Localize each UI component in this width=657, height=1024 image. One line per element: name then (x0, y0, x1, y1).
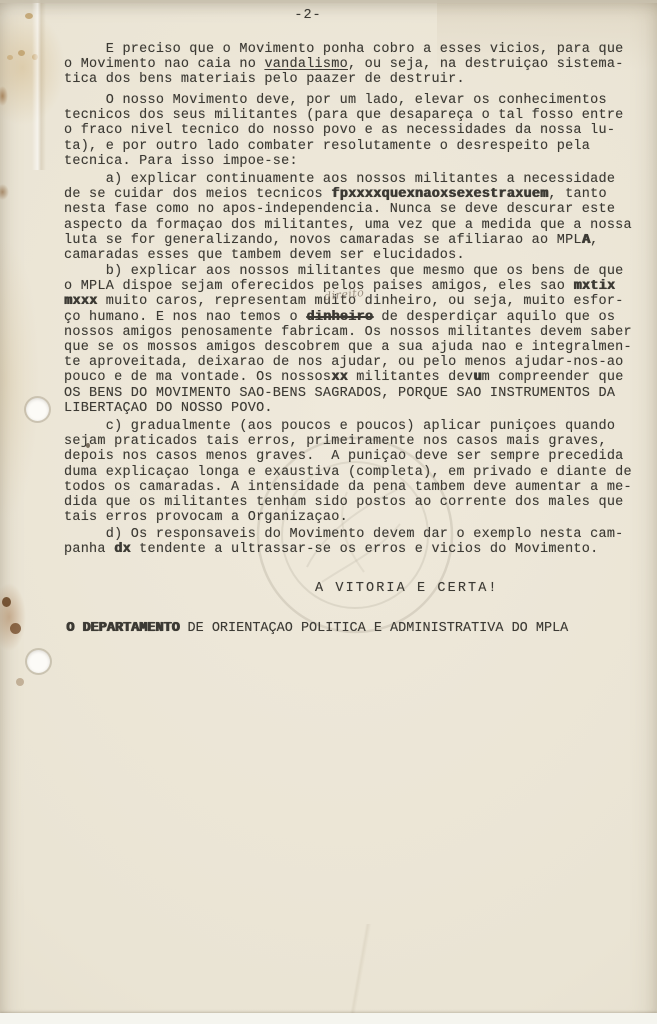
document-line: sejam praticados tais erros, primeiramen… (64, 434, 632, 449)
document-line: o Movimento nao caia no vandalismo, ou s… (64, 57, 624, 72)
document-line: luta se for generalizando, novos camarad… (64, 233, 632, 248)
document-line: nesta fase como no apos-independencia. N… (64, 202, 632, 217)
document-line: o fraco nivel tecnico do nosso povo e as… (64, 123, 624, 138)
document-line: c) gradualmente (aos poucos e poucos) ap… (64, 419, 632, 434)
page-number: -2- (0, 8, 616, 23)
item-a: a) explicar continuamente aos nossos mil… (64, 172, 632, 263)
document-line: O nosso Movimento deve, por um lado, ele… (64, 93, 624, 108)
document-line: tecnica. Para isso impoe-se: (64, 154, 624, 169)
typed-segment-ot: A (582, 233, 590, 248)
typed-segment-ot: O DEPARTAMENTO (66, 621, 179, 636)
document-line: camaradas esses que tambem devem ser elu… (64, 248, 632, 263)
typed-segment-u: vandalismo (264, 57, 348, 72)
signature: O DEPARTAMENTO DE ORIENTAÇAO POLITICA E … (66, 621, 568, 636)
document-line: LIBERTAÇAO DO NOSSO POVO. (64, 401, 632, 416)
document-line: d) Os responsaveis do Movimento devem da… (64, 527, 624, 542)
document-line: depois nos casos menos graves. A puniçao… (64, 449, 632, 464)
document-line: b) explicar aos nossos militantes que me… (64, 264, 632, 279)
document-line: a) explicar continuamente aos nossos mil… (64, 172, 632, 187)
document-line: tais erros provocam a Organizaçao. (64, 510, 632, 525)
paragraph-movimento: O nosso Movimento deve, por um lado, ele… (64, 93, 624, 169)
typed-segment-ot: u (473, 370, 481, 385)
typed-segment-st: dinheiro (306, 310, 373, 325)
hole-punch (27, 650, 50, 673)
document-line: aspecto da formaçao dos militantes, uma … (64, 218, 632, 233)
document-line: dida que os militantes tenham sido posto… (64, 495, 632, 510)
document-line: tica dos bens materiais pelo paazer de d… (64, 72, 624, 87)
document-line: todos os camaradas. A intensidade da pen… (64, 480, 632, 495)
document-line: duma explicaçao longa e exaustiva (compl… (64, 465, 632, 480)
item-c: c) gradualmente (aos poucos e poucos) ap… (64, 419, 632, 525)
document-line: OS BENS DO MOVIMENTO SAO-BENS SAGRADOS, … (64, 386, 632, 401)
document-line: ço humano. E nos nao temos o dinheiro de… (64, 310, 632, 325)
document-line: A VITORIA E CERTA! (315, 581, 499, 596)
document-line: panha dx tendente a ultrassar-se os erro… (64, 542, 624, 557)
paragraph-intro: E preciso que o Movimento ponha cobro a … (64, 42, 624, 88)
document-line: E preciso que o Movimento ponha cobro a … (64, 42, 624, 57)
typed-segment-x: xx (331, 370, 348, 385)
document-line: te aproveitada, deixarao de nos ajudar, … (64, 355, 632, 370)
scan-edge-top (0, 0, 657, 3)
document-line: de se cuidar dos meios tecnicos fpxxxxqu… (64, 187, 632, 202)
hole-punch (26, 398, 49, 421)
typed-segment-x: mxtix (573, 279, 615, 294)
document-line: pouco e de ma vontade. Os nossosxx milit… (64, 370, 632, 385)
document-line: nossos amigos penosamente fabricam. Os n… (64, 325, 632, 340)
typed-segment-x: fpxxxxquexnaoxsexestraxuem (331, 187, 548, 202)
document-line: ta), e por outro lado combater resolutam… (64, 139, 624, 154)
typed-segment-x: mxxx (64, 294, 97, 309)
document-body: -2- E preciso que o Movimento ponha cobr… (0, 0, 657, 1024)
scan-edge-bottom (0, 1013, 657, 1024)
document-line: que se os mossos amigos descobrem que a … (64, 340, 632, 355)
document-line: O DEPARTAMENTO DE ORIENTAÇAO POLITICA E … (66, 621, 568, 636)
document-line: tecnicos dos seus militantes (para que d… (64, 108, 624, 123)
item-d: d) Os responsaveis do Movimento devem da… (64, 527, 624, 557)
scanned-document-page: -2- E preciso que o Movimento ponha cobr… (0, 0, 657, 1024)
slogan: A VITORIA E CERTA! (315, 581, 499, 596)
typed-segment-x: dx (114, 542, 131, 557)
